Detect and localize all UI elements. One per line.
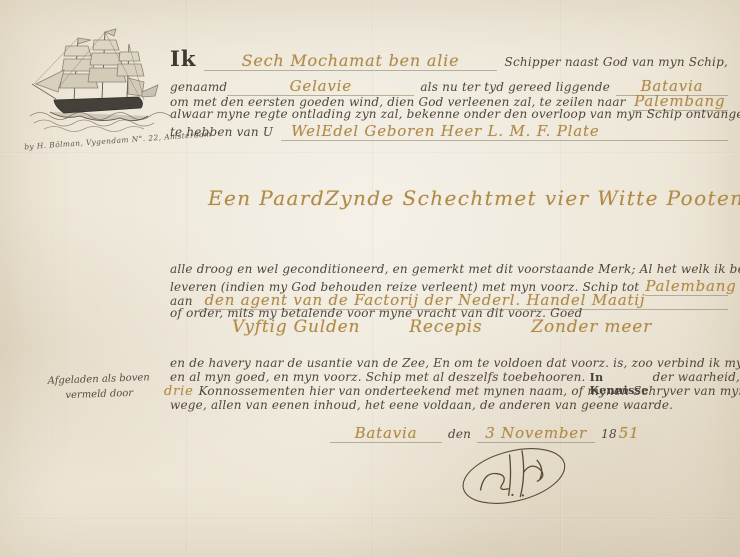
date-century: 18 (601, 427, 617, 441)
freight-recepis: Recepis (409, 317, 482, 337)
shipper-name: WelEdel Geboren Heer L. M. F. Plate (281, 122, 728, 141)
margin-note: Afgeladen als boven vermeld door (34, 370, 165, 405)
opening-line-1: Schipper naast God van myn Schip, (505, 55, 728, 69)
freight-sum: Vyftig Gulden (232, 317, 360, 337)
copies-count: drie (164, 384, 194, 399)
document-page: by H. Bölman, Vygendam N°. 22, Amsterdam… (0, 0, 740, 557)
freight-amount: Vyftig Gulden Recepis Zonder meer (232, 317, 652, 337)
date-place: Batavia (330, 424, 442, 443)
cargo-description: Een Paard Zynde Schecht met vier Witte P… (208, 186, 690, 210)
cargo-part-2: Zynde Schecht (325, 186, 494, 210)
closing-line-3: Konnossementen hier van onderteekend met… (199, 384, 740, 398)
closing-line-4: wege, allen van eenen inhoud, het eene v… (170, 398, 673, 412)
fold-crease-horizontal-2 (0, 518, 740, 520)
place-date-line: Batavia den 3 November 18 51 (330, 424, 660, 443)
closing-line-2a: en al myn goed, en myn voorz. Schip met … (170, 370, 586, 384)
date-day-month: 3 November (477, 424, 595, 443)
signature-flourish (449, 438, 579, 517)
opening-line-5: te hebben van U (170, 125, 273, 139)
cargo-part-1: Een Paard (208, 186, 325, 210)
ship-engraving (24, 26, 180, 136)
conditions-line-1: alle droog en wel geconditioneerd, en ge… (170, 262, 740, 276)
fold-crease-horizontal-1 (0, 152, 740, 154)
date-year: 51 (619, 424, 640, 442)
freight-zonder-meer: Zonder meer (531, 317, 652, 337)
closing-line-1: en de havery naar de usantie van de Zee,… (170, 356, 740, 370)
date-den: den (448, 427, 471, 441)
opening-line-4: alwaar myne regte ontlading zyn zal, bek… (170, 107, 740, 121)
captain-name: Sech Mochamat ben alie (204, 51, 496, 71)
closing-line-2c: der waarheid, zoo heb ik (653, 370, 740, 384)
opening-word-ik: Ik (170, 46, 196, 71)
cargo-part-3: met vier Witte Pooten (494, 186, 740, 210)
